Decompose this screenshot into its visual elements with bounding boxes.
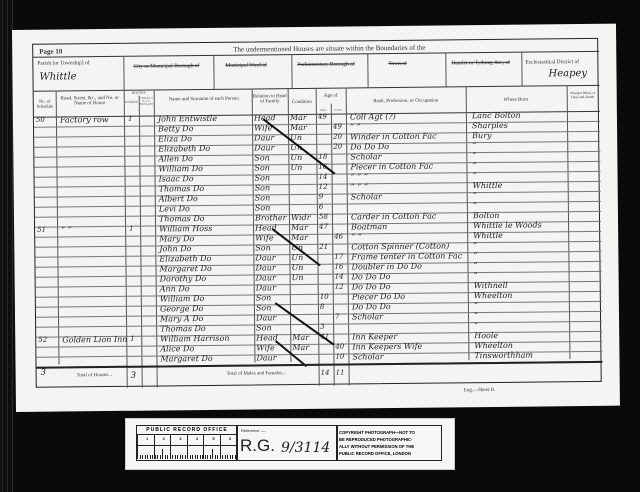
ruler-minor-tick bbox=[230, 455, 231, 459]
condition-cell: Un bbox=[290, 153, 302, 162]
name-cell: Elizabeth Do bbox=[159, 254, 211, 264]
male-age-cell: 8 bbox=[320, 303, 325, 311]
parliamentary-label: Parliamentary Borough of bbox=[297, 61, 354, 68]
birthplace-cell: Bolton bbox=[473, 211, 500, 220]
female-age-cell: 20 bbox=[333, 143, 342, 151]
ruler-minor-tick bbox=[190, 455, 191, 459]
total-males: 14 bbox=[321, 369, 330, 377]
occupation-cell: Doubler in Do Do bbox=[351, 262, 422, 272]
copyright-box: COPYRIGHT PHOTOGRAPH—NOT TO BE REPRODUCE… bbox=[336, 425, 442, 461]
occupation-cell: Do Do Do bbox=[352, 302, 391, 311]
schedule-cell: 51 bbox=[37, 226, 46, 234]
col-name: Name and Surname of each Person bbox=[156, 96, 252, 102]
name-cell: Margaret Do bbox=[159, 264, 211, 274]
ruler-minor-tick bbox=[187, 449, 188, 459]
relation-cell: Son bbox=[255, 173, 271, 182]
birthplace-cell: Sharples bbox=[472, 121, 508, 130]
schedule-cell: 50 bbox=[36, 116, 45, 124]
relation-cell: Daur bbox=[255, 253, 275, 262]
birthplace-cell: ” bbox=[474, 321, 478, 330]
relation-cell: Daur bbox=[256, 283, 276, 292]
name-cell: Thomas Do bbox=[159, 184, 205, 193]
name-cell: Isaac Do bbox=[159, 174, 194, 183]
relation-cell: Son bbox=[254, 153, 270, 162]
name-cell: Dorothy Do bbox=[160, 274, 207, 283]
ruler-minor-tick bbox=[225, 455, 226, 459]
name-cell: John Entwistle bbox=[158, 114, 217, 124]
ecclesiastical-label: Ecclesiastical District of bbox=[525, 59, 579, 66]
ruler-minor-tick bbox=[227, 455, 228, 459]
town-label: Town of bbox=[388, 61, 406, 67]
ruler-minor-tick bbox=[145, 455, 146, 459]
ruler-minor-tick bbox=[210, 455, 211, 459]
total-schedules: 3 bbox=[41, 368, 47, 378]
ruler-minor-tick bbox=[152, 455, 153, 459]
relation-cell: Son bbox=[255, 193, 271, 202]
condition-cell: Mar bbox=[291, 233, 308, 242]
ruler-minor-tick bbox=[217, 455, 218, 459]
female-age-cell: 17 bbox=[334, 253, 343, 261]
road-cell: Factory row bbox=[60, 115, 109, 125]
relation-cell: Wife bbox=[255, 233, 273, 242]
birthplace-cell: ” bbox=[472, 151, 476, 160]
occupation-cell: Inn Keepers Wife bbox=[352, 342, 422, 352]
female-age-cell: 49 bbox=[333, 123, 342, 131]
birthplace-cell: ” bbox=[472, 161, 476, 170]
name-cell: Betty Do bbox=[158, 124, 193, 133]
female-age-cell: 46 bbox=[334, 233, 343, 241]
female-age-cell: 7 bbox=[335, 313, 340, 321]
birthplace-cell: Whittle bbox=[473, 181, 503, 190]
copyright-line: COPYRIGHT PHOTOGRAPH—NOT TO bbox=[339, 429, 415, 436]
sheet-label: Eng.—Sheet D. bbox=[464, 388, 496, 393]
name-cell: Mary A Do bbox=[160, 314, 203, 323]
col-occupation: Rank, Profession, or Occupation bbox=[346, 98, 466, 104]
occupation-cell: ” ” bbox=[351, 232, 362, 241]
relation-cell: Daur bbox=[256, 273, 276, 282]
birthplace-cell: ” bbox=[473, 261, 477, 270]
male-age-cell: 21 bbox=[319, 243, 328, 251]
male-age-cell: 9 bbox=[319, 193, 324, 201]
divider bbox=[445, 52, 446, 86]
ruler-minor-tick bbox=[200, 455, 201, 459]
ruler-minor-tick bbox=[215, 455, 216, 459]
occupation-cell: Do Do Do bbox=[350, 142, 389, 151]
ruler-number: 6 bbox=[229, 436, 231, 441]
condition-cell: Mar bbox=[292, 343, 309, 352]
male-age-cell: 58 bbox=[319, 213, 328, 221]
road-cell: Golden Lion Inn bbox=[62, 335, 127, 345]
occupation-cell: Scholar bbox=[351, 192, 382, 201]
ruler-minor-tick bbox=[182, 455, 183, 459]
birthplace-cell: ” bbox=[473, 201, 477, 210]
birthplace-cell: Whittle bbox=[473, 231, 503, 240]
reference-label: Reference :— bbox=[241, 428, 266, 433]
ruler-number: 4 bbox=[196, 436, 198, 441]
name-cell: Ann Do bbox=[160, 284, 190, 293]
inhabited-cell: 1 bbox=[129, 225, 134, 233]
male-age-cell: 3 bbox=[320, 323, 325, 331]
birthplace-cell: ” bbox=[472, 141, 476, 150]
occupation-cell: Do Do Do bbox=[352, 272, 391, 281]
name-cell: William Do bbox=[158, 164, 203, 173]
office-name: PUBLIC RECORD OFFICE bbox=[137, 427, 237, 433]
condition-cell: Un bbox=[292, 273, 304, 282]
census-table-frame: Page 10 The undermentioned Houses are si… bbox=[32, 38, 602, 388]
relation-cell: Brother bbox=[255, 213, 287, 222]
ruler-number: 5 bbox=[212, 436, 214, 441]
birthplace-cell: ” bbox=[473, 191, 477, 200]
name-cell: Alice Do bbox=[160, 344, 194, 353]
relation-cell: Son bbox=[255, 243, 271, 252]
copyright-line: ALLY WITHOUT PERMISSION OF THE bbox=[339, 443, 415, 450]
male-age-cell: 47 bbox=[319, 223, 328, 231]
occupation-cell: Coll Agt (?) bbox=[350, 112, 396, 121]
col-schedule: No. of Schedule bbox=[35, 99, 55, 109]
relation-cell: Son bbox=[254, 163, 270, 172]
col-condition: Condition bbox=[288, 100, 316, 105]
ruler-minor-tick bbox=[177, 455, 178, 459]
birthplace-cell: ” bbox=[474, 311, 478, 320]
occupation-cell: Scholar bbox=[352, 352, 383, 361]
copyright-line: BE REPRODUCED PHOTOGRAPHIC- bbox=[339, 436, 415, 443]
copyright-line: PUBLIC RECORD OFFICE, LONDON bbox=[339, 450, 415, 457]
occupation-cell: ” ” ” bbox=[351, 182, 368, 191]
relation-cell: Son bbox=[255, 203, 271, 212]
male-age-cell: 14 bbox=[319, 173, 328, 181]
name-cell: Levi Do bbox=[159, 204, 190, 213]
name-cell: William Harrison bbox=[160, 334, 229, 344]
col-inhabited: In-habited bbox=[124, 100, 139, 105]
copyright-notice: COPYRIGHT PHOTOGRAPH—NOT TO BE REPRODUCE… bbox=[339, 429, 415, 457]
total-females: 11 bbox=[336, 369, 345, 377]
occupation-cell: Winder in Cotton Fac bbox=[350, 132, 436, 142]
ruler-box: PUBLIC RECORD OFFICE 123456 bbox=[136, 425, 238, 461]
name-cell: Eliza Do bbox=[158, 134, 192, 143]
condition-cell: Mar bbox=[291, 223, 308, 232]
occupation-cell: Do Do Do bbox=[352, 282, 391, 291]
public-record-office-stamp: PUBLIC RECORD OFFICE 123456 Reference :—… bbox=[125, 418, 455, 470]
condition-cell: Un bbox=[291, 263, 303, 272]
ruler-minor-tick bbox=[192, 455, 193, 459]
divider bbox=[521, 52, 522, 86]
reference-number: 9/3114 bbox=[281, 440, 330, 456]
city-label: City or Municipal Borough of bbox=[133, 63, 199, 70]
col-where-born: Where Born bbox=[466, 97, 566, 103]
name-cell: Margaret Do bbox=[160, 354, 212, 364]
occupation-cell: Scholar bbox=[352, 312, 383, 321]
divider bbox=[213, 55, 214, 89]
ruler-number: 2 bbox=[163, 436, 165, 441]
condition-cell: Mar bbox=[290, 113, 307, 122]
ruler: 123456 bbox=[137, 435, 237, 459]
relation-cell: Son bbox=[256, 323, 272, 332]
name-cell: Thomas Do bbox=[160, 324, 206, 333]
parish-label: Parish [or Township] of bbox=[37, 61, 89, 67]
female-age-cell: 40 bbox=[335, 343, 344, 351]
ruler-minor-tick bbox=[232, 455, 233, 459]
col-uninhabited: Uninhabited (U.), or Building (B.) bbox=[139, 97, 154, 106]
birthplace-cell: ” bbox=[474, 301, 478, 310]
col-age: Age of bbox=[316, 94, 346, 99]
birthplace-cell: Wheelton bbox=[474, 291, 513, 300]
birthplace-cell: Hoole bbox=[474, 331, 498, 340]
parish-value: Whittle bbox=[39, 71, 76, 82]
name-cell: John Do bbox=[159, 244, 191, 253]
name-cell: Albert Do bbox=[159, 194, 198, 203]
occupation-cell: Cotton Spinner (Cotton) bbox=[351, 241, 449, 251]
ruler-minor-tick bbox=[160, 455, 161, 459]
occupation-cell: Scholar bbox=[350, 152, 381, 161]
relation-cell: Daur bbox=[254, 133, 274, 142]
road-cell: ” ” bbox=[61, 225, 72, 234]
ruler-minor-tick bbox=[180, 455, 181, 459]
ruler-minor-tick bbox=[155, 455, 156, 459]
male-age-cell: 18 bbox=[318, 153, 327, 161]
birthplace-cell: Wheelton bbox=[474, 341, 513, 350]
ruler-minor-tick bbox=[142, 455, 143, 459]
name-cell: William Hoss bbox=[159, 224, 212, 234]
ruler-minor-tick bbox=[150, 455, 151, 459]
relation-cell: Son bbox=[255, 183, 271, 192]
name-cell: Mary Do bbox=[159, 234, 194, 243]
ruler-minor-tick bbox=[165, 455, 166, 459]
birthplace-cell: Whittle le Woods bbox=[473, 220, 542, 230]
ruler-number: 3 bbox=[179, 436, 181, 441]
ruler-minor-tick bbox=[207, 455, 208, 459]
male-age-cell: 10 bbox=[320, 293, 329, 301]
name-cell: Elizabeth Do bbox=[158, 144, 210, 154]
relation-cell: Daur bbox=[254, 143, 274, 152]
ruler-minor-tick bbox=[167, 455, 168, 459]
condition-cell: Un bbox=[290, 163, 302, 172]
ruler-minor-tick bbox=[195, 455, 196, 459]
ruler-minor-tick bbox=[172, 455, 173, 459]
ruler-minor-tick bbox=[175, 455, 176, 459]
relation-cell: Daur bbox=[255, 263, 275, 272]
inhabited-cell: 1 bbox=[130, 335, 135, 343]
relation-cell: Wife bbox=[256, 343, 274, 352]
ruler-minor-tick bbox=[147, 455, 148, 459]
ruler-minor-tick bbox=[185, 455, 186, 459]
relation-cell: Son bbox=[256, 293, 272, 302]
occupation-cell: Inn Keeper bbox=[352, 332, 397, 341]
occupation-cell: Piecer in Cotton Fac bbox=[350, 162, 433, 172]
name-cell: Allen Do bbox=[158, 154, 193, 163]
female-age-cell: 20 bbox=[333, 133, 342, 141]
ruler-minor-tick bbox=[220, 455, 221, 459]
birthplace-cell: Lanc Bolton bbox=[472, 111, 521, 121]
male-age-cell: 49 bbox=[318, 113, 327, 121]
divider bbox=[291, 54, 292, 88]
census-page: Page 10 The undermentioned Houses are si… bbox=[12, 24, 620, 412]
total-houses-value: 3 bbox=[131, 371, 137, 381]
total-persons-label: Total of Males and Females... bbox=[227, 371, 286, 377]
total-houses-label: Total of Houses... bbox=[77, 373, 112, 378]
female-age-cell: 10 bbox=[335, 353, 344, 361]
ruler-minor-tick bbox=[162, 449, 163, 459]
relation-cell: Son bbox=[256, 303, 272, 312]
name-cell: Thomas Do bbox=[159, 214, 205, 223]
occupation-cell: Frame tenter in Cotton Fac bbox=[351, 251, 462, 261]
reference-box: Reference :— R.G. 9/3114 bbox=[236, 425, 338, 461]
col-road: Road, Street, &c., and No. or Name of Ho… bbox=[58, 96, 122, 107]
female-age-cell: 12 bbox=[335, 283, 344, 291]
ruler-minor-tick bbox=[205, 455, 206, 459]
birthplace-cell: Bury bbox=[472, 131, 491, 140]
hamlet-label: Hamlet or Tything, &c., of bbox=[451, 60, 510, 67]
ruler-minor-tick bbox=[202, 455, 203, 459]
inhabited-cell: 1 bbox=[128, 115, 133, 123]
birthplace-cell: Withnell bbox=[474, 281, 508, 290]
reference-prefix: R.G. bbox=[240, 436, 275, 456]
divider bbox=[367, 53, 368, 87]
schedule-cell: 52 bbox=[38, 336, 47, 344]
condition-cell: Mar bbox=[290, 123, 307, 132]
relation-cell: Daur bbox=[256, 353, 276, 362]
ruler-minor-tick bbox=[197, 455, 198, 459]
birthplace-cell: ” bbox=[473, 171, 477, 180]
ruler-minor-tick bbox=[212, 449, 213, 459]
name-cell: William Do bbox=[160, 294, 205, 303]
ecclesiastical-value: Heapey bbox=[548, 68, 587, 79]
ruler-minor-tick bbox=[157, 455, 158, 459]
divider bbox=[123, 56, 124, 90]
name-cell: George Do bbox=[160, 304, 203, 313]
col-relation: Relation to Head of Family bbox=[252, 94, 288, 104]
birthplace-cell: ” bbox=[473, 251, 477, 260]
occupation-cell: Carder in Cotton Fac bbox=[351, 212, 436, 222]
occupation-cell: Boatman bbox=[351, 222, 387, 231]
col-blind-deaf: Whether Blind, or Deaf-and-Dumb bbox=[567, 91, 599, 99]
male-age-cell: 12 bbox=[319, 183, 328, 191]
birthplace-cell: ” bbox=[474, 271, 478, 280]
male-age-cell: 6 bbox=[319, 203, 324, 211]
divider bbox=[137, 445, 237, 446]
relation-cell: Daur bbox=[256, 313, 276, 322]
condition-cell: Widr bbox=[291, 213, 311, 222]
ruler-minor-tick bbox=[222, 455, 223, 459]
condition-cell: Un bbox=[291, 253, 303, 262]
birthplace-cell: Tinsworthham bbox=[474, 351, 533, 361]
ruler-minor-tick bbox=[170, 455, 171, 459]
female-age-cell: 16 bbox=[334, 263, 343, 271]
ruler-minor-tick bbox=[137, 449, 138, 459]
occupation-cell: ” ” bbox=[350, 122, 361, 131]
female-age-cell: 14 bbox=[335, 273, 344, 281]
condition-cell: Mar bbox=[292, 333, 309, 342]
page-label: Page 10 bbox=[39, 47, 62, 55]
ruler-minor-tick bbox=[140, 455, 141, 459]
birthplace-cell: ” bbox=[473, 241, 477, 250]
ward-label: Municipal Ward of bbox=[225, 62, 267, 68]
ruler-number: 1 bbox=[146, 436, 148, 441]
col-females: Females bbox=[331, 108, 346, 113]
occupation-cell: ” ” ” bbox=[351, 172, 368, 181]
occupation-cell: Piecer Do Do bbox=[352, 292, 405, 302]
